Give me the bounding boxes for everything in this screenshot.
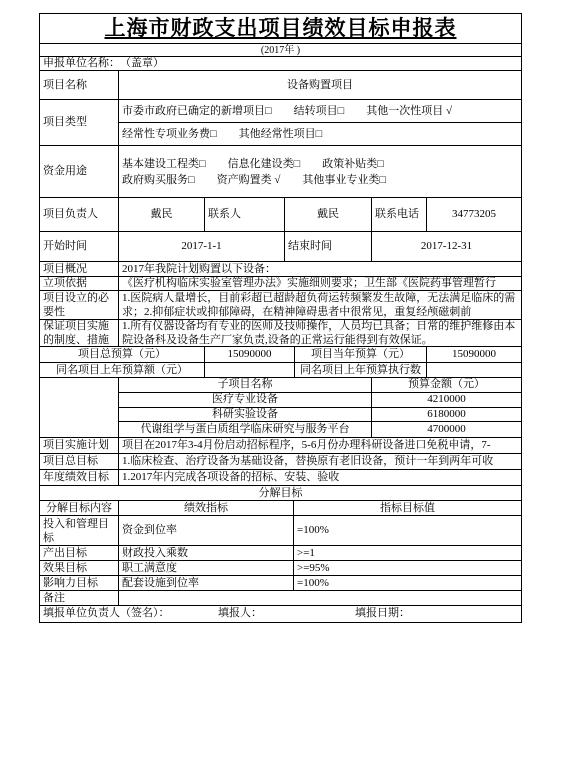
fund-use-row: 资金用途 基本建设工程类□ 信息化建设类□ 政策补贴类□ 政府购买服务□ 资产购… — [40, 146, 521, 198]
basis-value: 《医疗机构临床实验室管理办法》实施细则要求；卫生部《医院药事管理暂行 — [119, 277, 521, 290]
subproject-rows: 子项目名称 预算金额（元） 医疗专业设备 4210000 科研实验设备 6180… — [119, 378, 521, 437]
necessity-value: 1.医院病人量增长，目前彩超已超龄超负荷运转频繁发生故障，无法满足临床的需求；2… — [119, 291, 521, 319]
project-name-value: 设备购置项目 — [119, 71, 521, 99]
remark-value — [119, 591, 521, 605]
subproject-amount: 6180000 — [372, 408, 521, 422]
end-time-label: 结束时间 — [285, 232, 372, 261]
fund-use-options-line2: 政府购买服务□ 资产购置类 √ 其他事业专业类□ — [122, 172, 386, 188]
start-time-label: 开始时间 — [40, 232, 119, 261]
budget-prev-label: 同名项目上年预算额（元） — [40, 363, 205, 377]
filler-label: 填报人： — [218, 606, 262, 621]
safeguard-label: 保证项目实施的制度、措施 — [40, 320, 119, 346]
necessity-row: 项目设立的必要性 1.医院病人量增长，目前彩超已超龄超负荷运转频繁发生故障，无法… — [40, 291, 521, 320]
budget-year-value: 15090000 — [427, 347, 521, 362]
budget-prev-exec-value — [427, 363, 521, 377]
budget-prev-exec-label: 同名项目上年预算执行数 — [295, 363, 427, 377]
breakdown-content: 效果目标 — [40, 561, 119, 575]
subproject-row: 科研实验设备 6180000 — [119, 408, 521, 423]
summary-row: 项目概况 2017年我院计划购置以下设备： — [40, 262, 521, 277]
end-time-value: 2017-12-31 — [372, 232, 521, 261]
implement-plan-row: 项目实施计划 项目在2017年3-4月份启动招标程序，5-6月份办理科研设备进口… — [40, 438, 521, 454]
project-name-label: 项目名称 — [40, 71, 119, 99]
project-type-options-line1: 市委市政府已确定的新增项目□ 结转项目□ 其他一次性项目 √ — [119, 100, 521, 122]
declaration-form-table: 上海市财政支出项目绩效目标申报表 (2017年 ) 申报单位名称： （盖章） 项… — [39, 13, 522, 623]
form-title: 上海市财政支出项目绩效目标申报表 — [40, 14, 521, 43]
fund-use-options-line1: 基本建设工程类□ 信息化建设类□ 政策补贴类□ — [122, 156, 384, 172]
budget-previous-row: 同名项目上年预算额（元） 同名项目上年预算执行数 — [40, 363, 521, 378]
subproject-amount: 4210000 — [372, 393, 521, 407]
form-year-subtitle: (2017年 ) — [40, 44, 521, 56]
breakdown-row: 产出目标 财政投入乘数 >=1 — [40, 546, 521, 561]
project-name-row: 项目名称 设备购置项目 — [40, 71, 521, 100]
fund-use-options: 基本建设工程类□ 信息化建设类□ 政策补贴类□ 政府购买服务□ 资产购置类 √ … — [119, 146, 521, 197]
breakdown-indicator: 职工满意度 — [119, 561, 294, 575]
phone-label: 联系电话 — [372, 198, 427, 231]
subproject-name: 代谢组学与蛋白质组学临床研究与服务平台 — [119, 422, 372, 437]
budget-prev-value — [205, 363, 295, 377]
annual-goal-label: 年度绩效目标 — [40, 470, 119, 485]
remark-row: 备注 — [40, 591, 521, 606]
implement-plan-label: 项目实施计划 — [40, 438, 119, 453]
breakdown-content: 产出目标 — [40, 546, 119, 560]
declaring-unit-label: 申报单位名称： （盖章） — [40, 57, 521, 70]
breakdown-row: 效果目标 职工满意度 >=95% — [40, 561, 521, 576]
breakdown-target: =100% — [294, 576, 521, 590]
implement-plan-value: 项目在2017年3-4月份启动招标程序，5-6月份办理科研设备进口免税申请，7- — [119, 438, 521, 453]
breakdown-indicator: 配套设施到位率 — [119, 576, 294, 590]
total-goal-value: 1.临床检查、治疗设备为基础设备，替换原有老旧设备，预计一年到两年可收 — [119, 454, 521, 469]
fund-use-label: 资金用途 — [40, 146, 119, 197]
date-label: 填报日期： — [355, 606, 410, 621]
leader-row: 项目负责人 戴民 联系人 戴民 联系电话 34773205 — [40, 198, 521, 232]
project-type-label: 项目类型 — [40, 100, 119, 145]
basis-row: 立项依据 《医疗机构临床实验室管理办法》实施细则要求；卫生部《医院药事管理暂行 — [40, 277, 521, 291]
contact-label: 联系人 — [205, 198, 285, 231]
subproject-amount: 4700000 — [372, 422, 521, 437]
page: { "page": { "title": "上海市财政支出项目绩效目标申报表",… — [0, 0, 574, 775]
total-goal-label: 项目总目标 — [40, 454, 119, 469]
breakdown-target: >=95% — [294, 561, 521, 575]
breakdown-content: 影响力目标 — [40, 576, 119, 590]
time-row: 开始时间 2017-1-1 结束时间 2017-12-31 — [40, 232, 521, 262]
breakdown-target: >=1 — [294, 546, 521, 560]
breakdown-content: 投入和管理目标 — [40, 516, 119, 545]
subproject-table: 子项目名称 预算金额（元） 医疗专业设备 4210000 科研实验设备 6180… — [40, 378, 521, 438]
annual-goal-value: 1.2017年内完成各项设备的招标、安装、验收 — [119, 470, 521, 485]
signature-label: 填报单位负责人（签名）： — [43, 606, 170, 621]
breakdown-row: 影响力目标 配套设施到位率 =100% — [40, 576, 521, 591]
breakdown-target-header: 指标目标值 — [294, 501, 521, 515]
breakdown-section-row: 分解目标 — [40, 486, 521, 501]
subproject-name: 医疗专业设备 — [119, 393, 372, 407]
breakdown-content-header: 分解目标内容 — [40, 501, 119, 515]
declaring-unit-row: 申报单位名称： （盖章） — [40, 57, 521, 71]
leader-label: 项目负责人 — [40, 198, 119, 231]
title-row: 上海市财政支出项目绩效目标申报表 — [40, 14, 521, 44]
breakdown-indicator-header: 绩效指标 — [119, 501, 294, 515]
leader-value: 戴民 — [119, 198, 205, 231]
budget-year-label: 项目当年预算（元） — [295, 347, 427, 362]
breakdown-indicator: 资金到位率 — [119, 516, 294, 545]
remark-label: 备注 — [40, 591, 119, 605]
subproject-name-header: 子项目名称 — [119, 378, 372, 392]
breakdown-section-title: 分解目标 — [40, 486, 521, 500]
start-time-value: 2017-1-1 — [119, 232, 285, 261]
safeguard-row: 保证项目实施的制度、措施 1.所有仪器设备均有专业的医师及技师操作，人员均已具备… — [40, 320, 521, 347]
breakdown-header-row: 分解目标内容 绩效指标 指标目标值 — [40, 501, 521, 516]
subproject-row: 代谢组学与蛋白质组学临床研究与服务平台 4700000 — [119, 422, 521, 437]
breakdown-indicator: 财政投入乘数 — [119, 546, 294, 560]
phone-value: 34773205 — [427, 198, 521, 231]
summary-label: 项目概况 — [40, 262, 119, 276]
signature-row: 填报单位负责人（签名）： 填报人： 填报日期： — [40, 606, 521, 622]
project-type-options-line2: 经常性专项业务费□ 其他经常性项目□ — [119, 123, 521, 146]
subtitle-row: (2017年 ) — [40, 44, 521, 57]
project-type-row: 项目类型 市委市政府已确定的新增项目□ 结转项目□ 其他一次性项目 √ 经常性专… — [40, 100, 521, 146]
basis-label: 立项依据 — [40, 277, 119, 290]
budget-total-value: 15090000 — [205, 347, 295, 362]
project-type-options: 市委市政府已确定的新增项目□ 结转项目□ 其他一次性项目 √ 经常性专项业务费□… — [119, 100, 521, 146]
summary-value: 2017年我院计划购置以下设备： — [119, 262, 521, 276]
breakdown-target: =100% — [294, 516, 521, 545]
contact-value: 戴民 — [285, 198, 372, 231]
subproject-name: 科研实验设备 — [119, 408, 372, 422]
subproject-row: 医疗专业设备 4210000 — [119, 393, 521, 408]
necessity-label: 项目设立的必要性 — [40, 291, 119, 319]
breakdown-row: 投入和管理目标 资金到位率 =100% — [40, 516, 521, 546]
total-goal-row: 项目总目标 1.临床检查、治疗设备为基础设备，替换原有老旧设备，预计一年到两年可… — [40, 454, 521, 470]
subproject-spacer-cell — [40, 378, 119, 437]
subproject-header-row: 子项目名称 预算金额（元） — [119, 378, 521, 393]
safeguard-value: 1.所有仪器设备均有专业的医师及技师操作，人员均已具备；日常的维护维修由本院设备… — [119, 320, 521, 346]
budget-total-label: 项目总预算（元） — [40, 347, 205, 362]
annual-goal-row: 年度绩效目标 1.2017年内完成各项设备的招标、安装、验收 — [40, 470, 521, 486]
subproject-amount-header: 预算金额（元） — [372, 378, 521, 392]
budget-total-row: 项目总预算（元） 15090000 项目当年预算（元） 15090000 — [40, 347, 521, 363]
